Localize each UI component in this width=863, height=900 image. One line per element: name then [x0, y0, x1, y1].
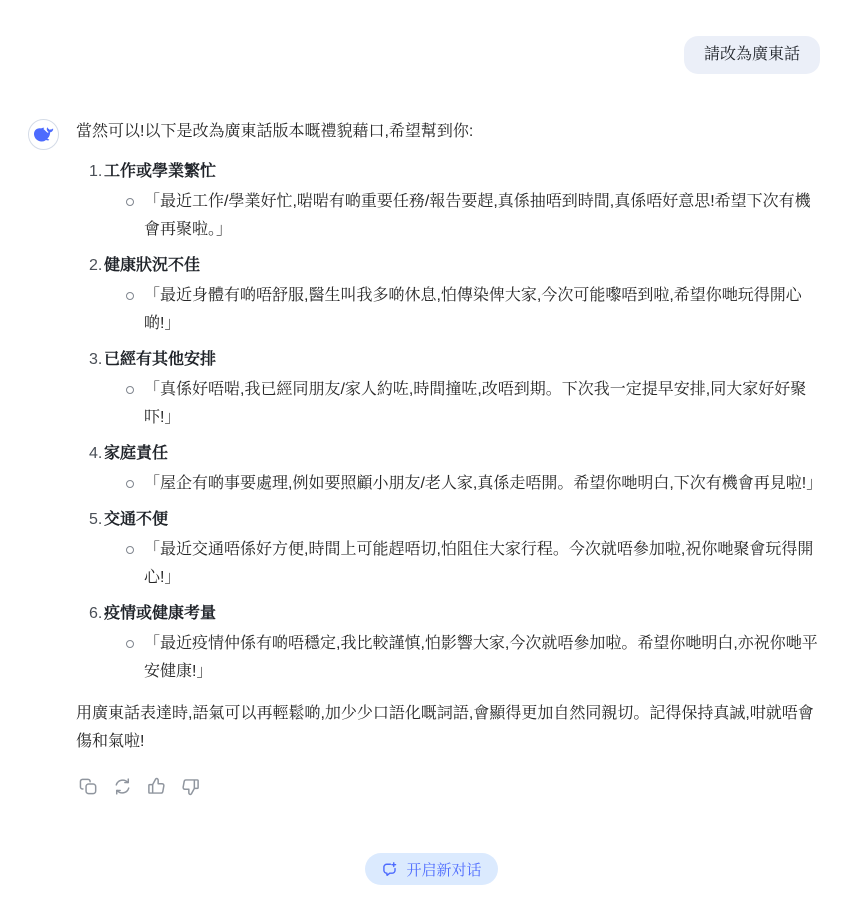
list-item-quote: 「最近工作/學業好忙,啱啱有啲重要任務/報告要趕,真係抽唔到時間,真係唔好意思!… — [76, 188, 819, 244]
thumbs-down-icon — [180, 776, 201, 797]
list-item-number: 2. — [89, 252, 104, 280]
list-item-quote: 「最近交通唔係好方便,時間上可能趕唔切,怕阻住大家行程。今次就唔參加啦,祝你哋聚… — [76, 536, 819, 592]
list-item-heading: 5. 交通不便 — [76, 506, 819, 534]
thumbs-up-icon — [146, 776, 167, 797]
list-item: 2. 健康狀況不佳 「最近身體有啲唔舒服,醫生叫我多啲休息,怕傳染俾大家,今次可… — [76, 252, 819, 338]
user-message-row: 請改為廣東話 — [0, 0, 863, 74]
list-item-number: 5. — [89, 506, 104, 534]
list-item-heading: 2. 健康狀況不佳 — [76, 252, 819, 280]
list-item-title: 家庭責任 — [104, 440, 168, 468]
closing-text: 用廣東話表達時,語氣可以再輕鬆啲,加少少口語化嘅詞語,會顯得更加自然同親切。記得… — [76, 700, 819, 756]
intro-text: 當然可以!以下是改為廣東話版本嘅禮貌藉口,希望幫到你: — [76, 118, 819, 146]
message-actions — [76, 776, 819, 797]
thumbs-down-button[interactable] — [180, 776, 201, 797]
list-item-number: 6. — [89, 600, 104, 628]
assistant-avatar — [28, 119, 59, 150]
chat-page: 請改為廣東話 當然可以!以下是改為廣東話版本嘅禮貌藉口,希望幫到你: 1. 工作… — [0, 0, 863, 900]
regenerate-button[interactable] — [112, 776, 133, 797]
list-item: 4. 家庭責任 「屋企有啲事要處理,例如要照顧小朋友/老人家,真係走唔開。希望你… — [76, 440, 819, 498]
new-chat-label: 开启新对话 — [406, 859, 481, 880]
list-item-heading: 3. 已經有其他安排 — [76, 346, 819, 374]
list-item: 6. 疫情或健康考量 「最近疫情仲係有啲唔穩定,我比較謹慎,怕影響大家,今次就唔… — [76, 600, 819, 686]
list-item-number: 4. — [89, 440, 104, 468]
list-item-title: 健康狀況不佳 — [104, 252, 200, 280]
list-item-title: 已經有其他安排 — [104, 346, 216, 374]
assistant-message-row: 當然可以!以下是改為廣東話版本嘅禮貌藉口,希望幫到你: 1. 工作或學業繁忙 「… — [0, 74, 863, 797]
copy-icon — [78, 776, 99, 797]
list-item-quote: 「屋企有啲事要處理,例如要照顧小朋友/老人家,真係走唔開。希望你哋明白,下次有機… — [76, 470, 819, 498]
new-chat-button[interactable]: 开启新对话 — [365, 853, 497, 885]
user-message-bubble: 請改為廣東話 — [684, 36, 820, 74]
list-item: 5. 交通不便 「最近交通唔係好方便,時間上可能趕唔切,怕阻住大家行程。今次就唔… — [76, 506, 819, 592]
list-item-title: 工作或學業繁忙 — [104, 158, 216, 186]
list-item: 3. 已經有其他安排 「真係好唔啱,我已經同朋友/家人約咗,時間撞咗,改唔到期。… — [76, 346, 819, 432]
list-item-heading: 1. 工作或學業繁忙 — [76, 158, 819, 186]
list-item-quote: 「最近身體有啲唔舒服,醫生叫我多啲休息,怕傳染俾大家,今次可能嚟唔到啦,希望你哋… — [76, 282, 819, 338]
excuse-list: 1. 工作或學業繁忙 「最近工作/學業好忙,啱啱有啲重要任務/報告要趕,真係抽唔… — [76, 158, 819, 686]
thumbs-up-button[interactable] — [146, 776, 167, 797]
list-item-heading: 6. 疫情或健康考量 — [76, 600, 819, 628]
list-item: 1. 工作或學業繁忙 「最近工作/學業好忙,啱啱有啲重要任務/報告要趕,真係抽唔… — [76, 158, 819, 244]
new-chat-icon — [381, 861, 398, 878]
list-item-quote: 「真係好唔啱,我已經同朋友/家人約咗,時間撞咗,改唔到期。下次我一定提早安排,同… — [76, 376, 819, 432]
list-item-number: 1. — [89, 158, 104, 186]
list-item-number: 3. — [89, 346, 104, 374]
copy-button[interactable] — [78, 776, 99, 797]
list-item-quote: 「最近疫情仲係有啲唔穩定,我比較謹慎,怕影響大家,今次就唔參加啦。希望你哋明白,… — [76, 630, 819, 686]
list-item-heading: 4. 家庭責任 — [76, 440, 819, 468]
list-item-title: 交通不便 — [104, 506, 168, 534]
deepseek-whale-icon — [34, 125, 54, 145]
regenerate-icon — [112, 776, 133, 797]
assistant-message-content: 當然可以!以下是改為廣東話版本嘅禮貌藉口,希望幫到你: 1. 工作或學業繁忙 「… — [76, 118, 819, 797]
footer: 开启新对话 — [0, 853, 863, 885]
list-item-title: 疫情或健康考量 — [104, 600, 216, 628]
